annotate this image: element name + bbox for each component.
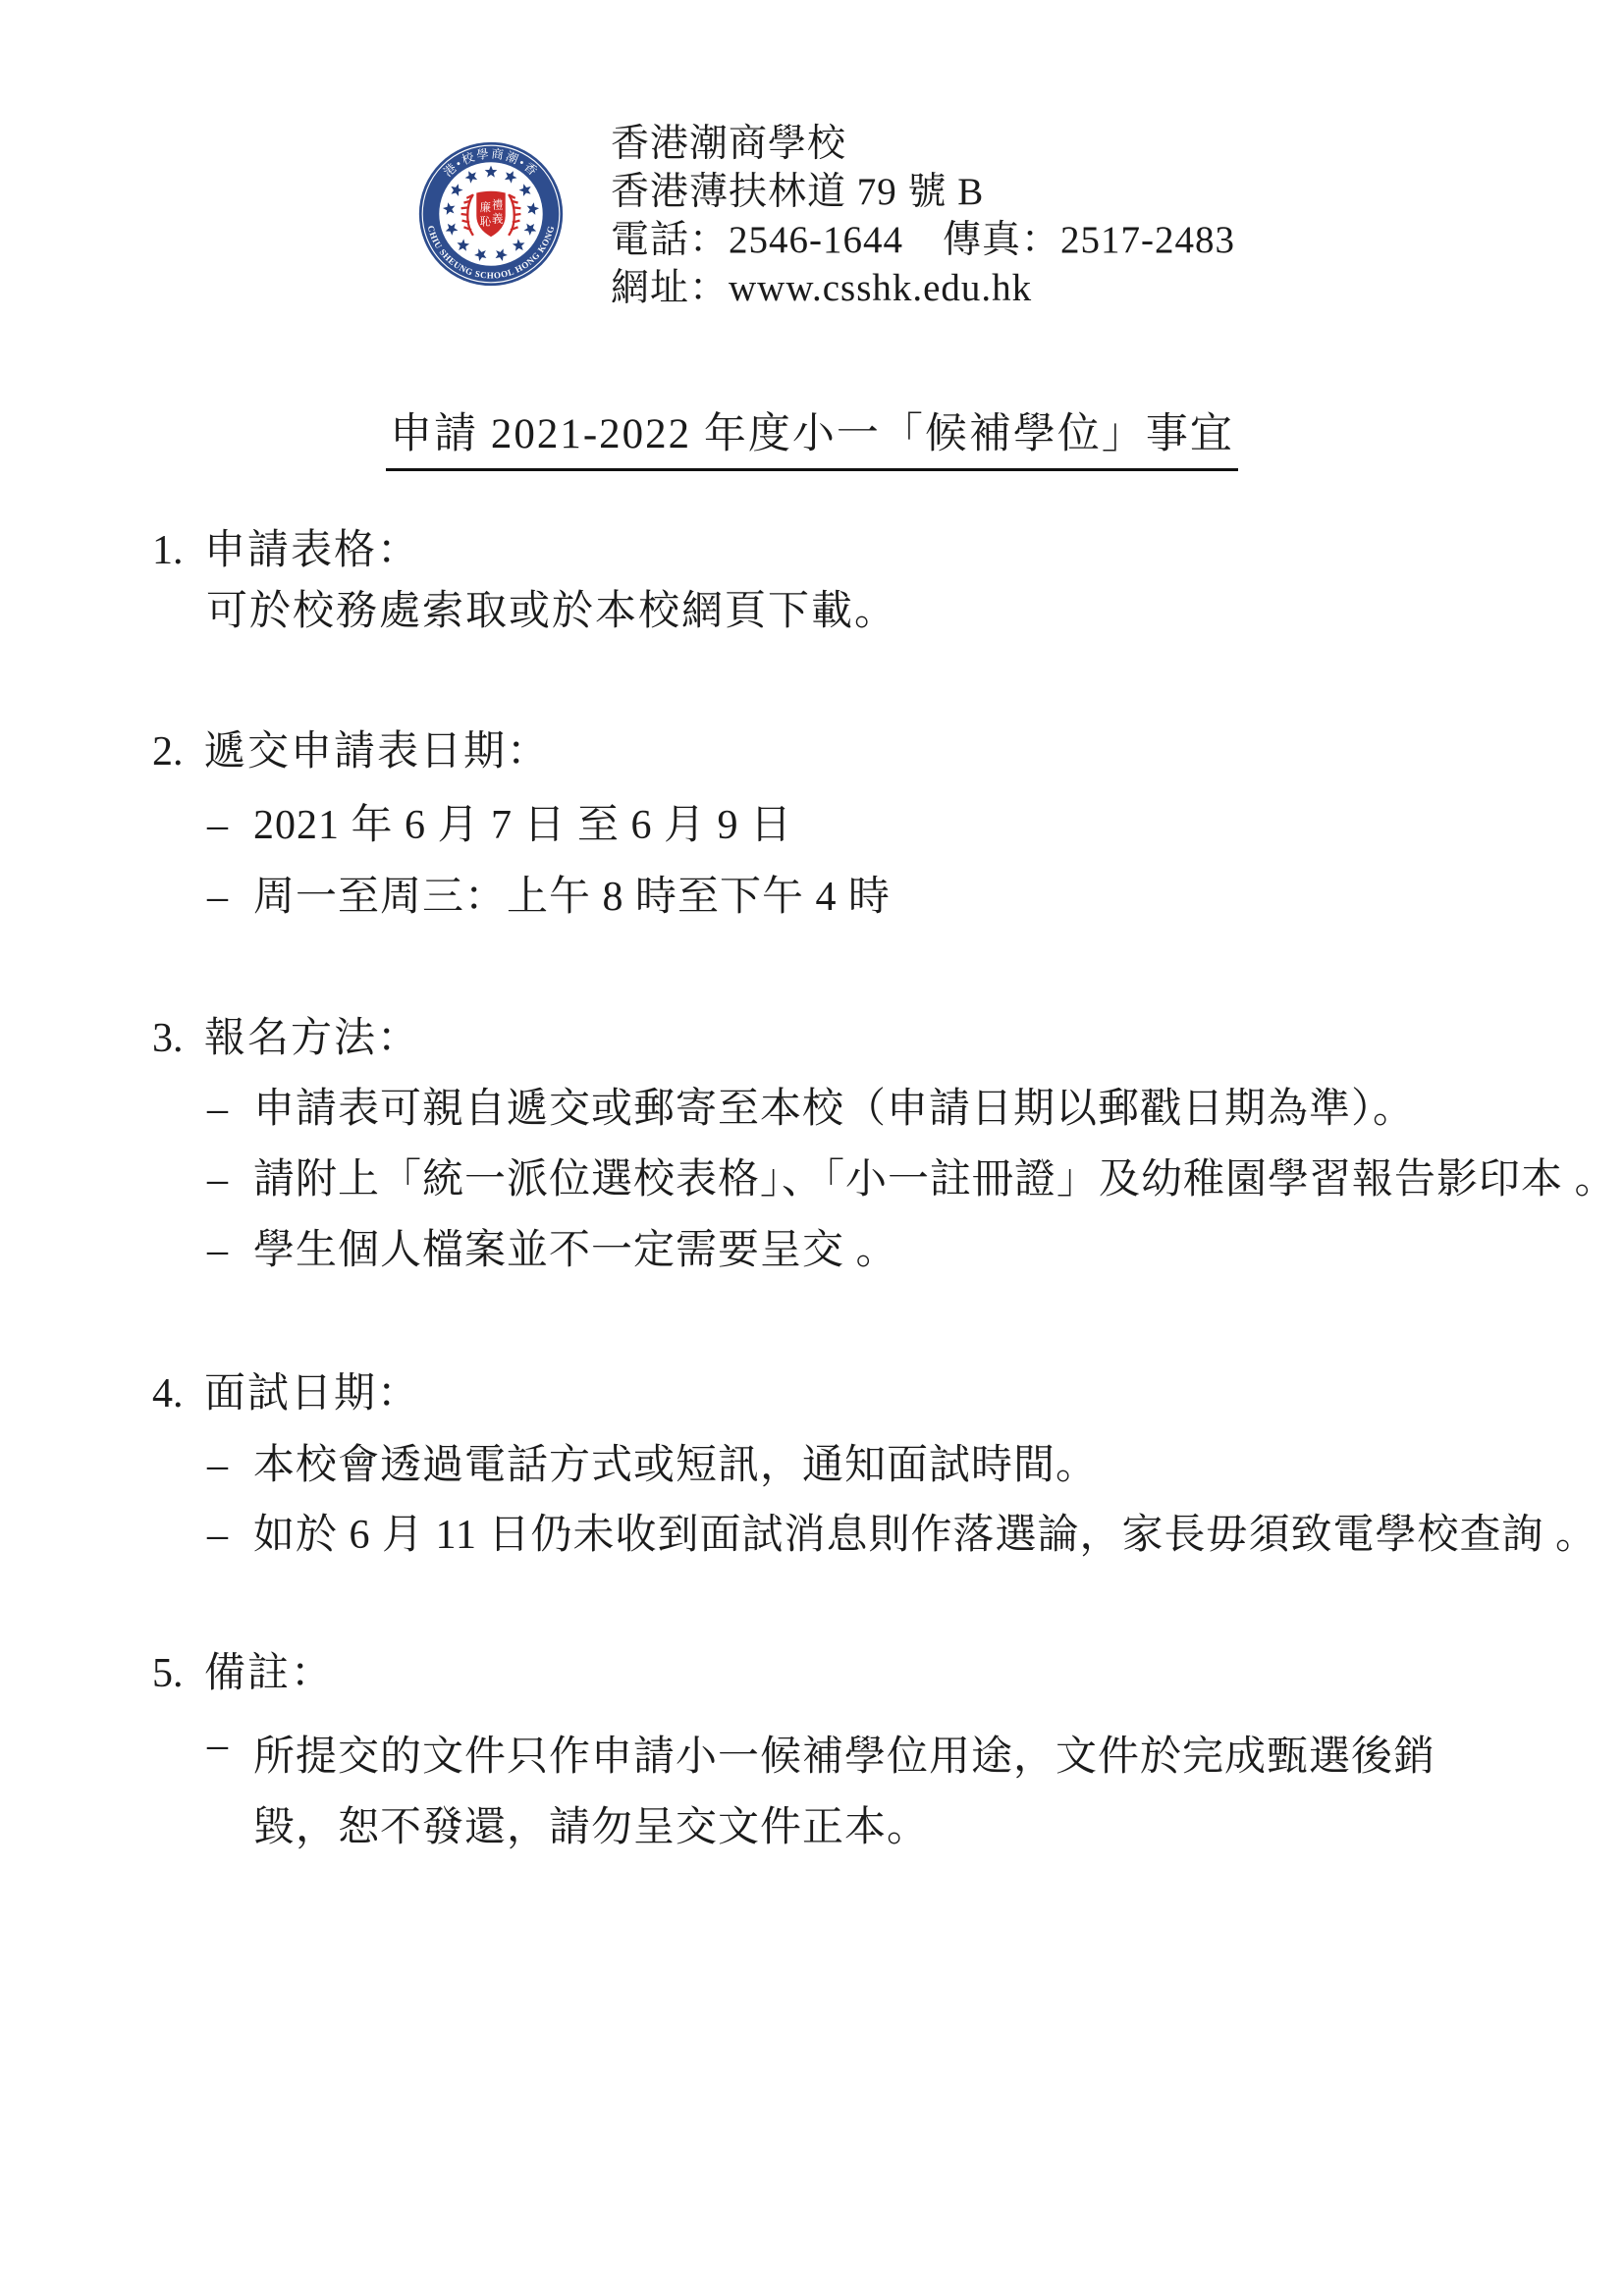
school-phone-fax: 電話：2546-1644 傳真：2517-2483 (611, 216, 1235, 264)
document-page: 港•校學商潮•香 CHIU SHEUNG SCHOOL HONG KONG (0, 0, 1624, 2296)
list-item-text: 請附上「統一派位選校表格」、「小一註冊證」及幼稚園學習報告影印本 。 (253, 1156, 1617, 1203)
list-item-text: 學生個人檔案並不一定需要呈交 。 (253, 1227, 898, 1274)
dash-bullet: – (207, 1086, 253, 1133)
school-address: 香港薄扶林道 79 號 B (611, 168, 1235, 216)
dash-bullet: – (207, 1512, 253, 1559)
school-name: 香港潮商學校 (611, 120, 1235, 168)
section-5-heading: 5.備註： (152, 1650, 334, 1697)
list-item-text: 所提交的文件只作申請小一候補學位用途，文件於完成甄選後銷毀，恕不發還，請勿呈交文… (253, 1710, 1504, 1863)
section-number: 4. (152, 1370, 204, 1417)
section-2-heading: 2.遞交申請表日期： (152, 728, 550, 775)
list-item: –學生個人檔案並不一定需要呈交 。 (207, 1227, 898, 1274)
school-crest-icon: 港•校學商潮•香 CHIU SHEUNG SCHOOL HONG KONG (416, 139, 566, 289)
list-item-text: 2021 年 6 月 7 日 至 6 月 9 日 (253, 802, 792, 849)
list-item-text: 如於 6 月 11 日仍未收到面試消息則作落選論，家長毋須致電學校查詢 。 (253, 1512, 1597, 1559)
school-website: 網址：www.csshk.edu.hk (611, 264, 1235, 312)
svg-text:禮: 禮 (492, 197, 503, 211)
school-header-block: 香港潮商學校 香港薄扶林道 79 號 B 電話：2546-1644 傳真：251… (611, 120, 1235, 312)
section-3-heading: 3.報名方法： (152, 1015, 420, 1062)
dash-bullet: – (207, 1156, 253, 1203)
list-item: –周一至周三：上午 8 時至下午 4 時 (207, 874, 891, 921)
document-title: 申請 2021-2022 年度小一「候補學位」事宜 (386, 400, 1238, 471)
list-item: –所提交的文件只作申請小一候補學位用途，文件於完成甄選後銷毀，恕不發還，請勿呈交… (207, 1722, 1504, 1863)
section-number: 3. (152, 1015, 204, 1062)
crest-shield-motto: 廉 禮 恥 義 (480, 197, 504, 228)
section-heading-text: 遞交申請表日期： (204, 729, 550, 774)
section-number: 2. (152, 728, 204, 775)
section-heading-text: 面試日期： (204, 1371, 420, 1416)
list-item: –如於 6 月 11 日仍未收到面試消息則作落選論，家長毋須致電學校查詢 。 (207, 1512, 1597, 1559)
school-crest-logo: 港•校學商潮•香 CHIU SHEUNG SCHOOL HONG KONG (416, 139, 566, 289)
list-item: –本校會透過電話方式或短訊，通知面試時間。 (207, 1442, 1098, 1489)
dash-bullet: – (207, 1722, 253, 1769)
dash-bullet: – (207, 1227, 253, 1274)
svg-text:恥: 恥 (480, 215, 492, 228)
section-1-paragraph: 可於校務處索取或於本校網頁下載。 (206, 588, 897, 635)
section-heading-text: 報名方法： (204, 1016, 420, 1061)
list-item: –申請表可親自遞交或郵寄至本校（申請日期以郵戳日期為準）。 (207, 1086, 1415, 1133)
svg-text:義: 義 (492, 213, 504, 226)
list-item: –2021 年 6 月 7 日 至 6 月 9 日 (207, 802, 792, 849)
section-number: 1. (152, 527, 204, 574)
dash-bullet: – (207, 874, 253, 921)
list-item: –請附上「統一派位選校表格」、「小一註冊證」及幼稚園學習報告影印本 。 (207, 1156, 1617, 1203)
list-item-text: 本校會透過電話方式或短訊，通知面試時間。 (253, 1442, 1098, 1489)
section-heading-text: 申請表格： (204, 528, 420, 573)
section-number: 5. (152, 1650, 204, 1697)
dash-bullet: – (207, 1442, 253, 1489)
dash-bullet: – (207, 802, 253, 849)
section-1-heading: 1.申請表格： (152, 527, 420, 574)
list-item-text: 周一至周三：上午 8 時至下午 4 時 (253, 874, 891, 921)
svg-text:廉: 廉 (480, 200, 491, 214)
list-item-text: 申請表可親自遞交或郵寄至本校（申請日期以郵戳日期為準）。 (253, 1086, 1415, 1133)
section-heading-text: 備註： (204, 1651, 334, 1696)
section-4-heading: 4.面試日期： (152, 1370, 420, 1417)
document-title-row: 申請 2021-2022 年度小一「候補學位」事宜 (0, 400, 1624, 471)
